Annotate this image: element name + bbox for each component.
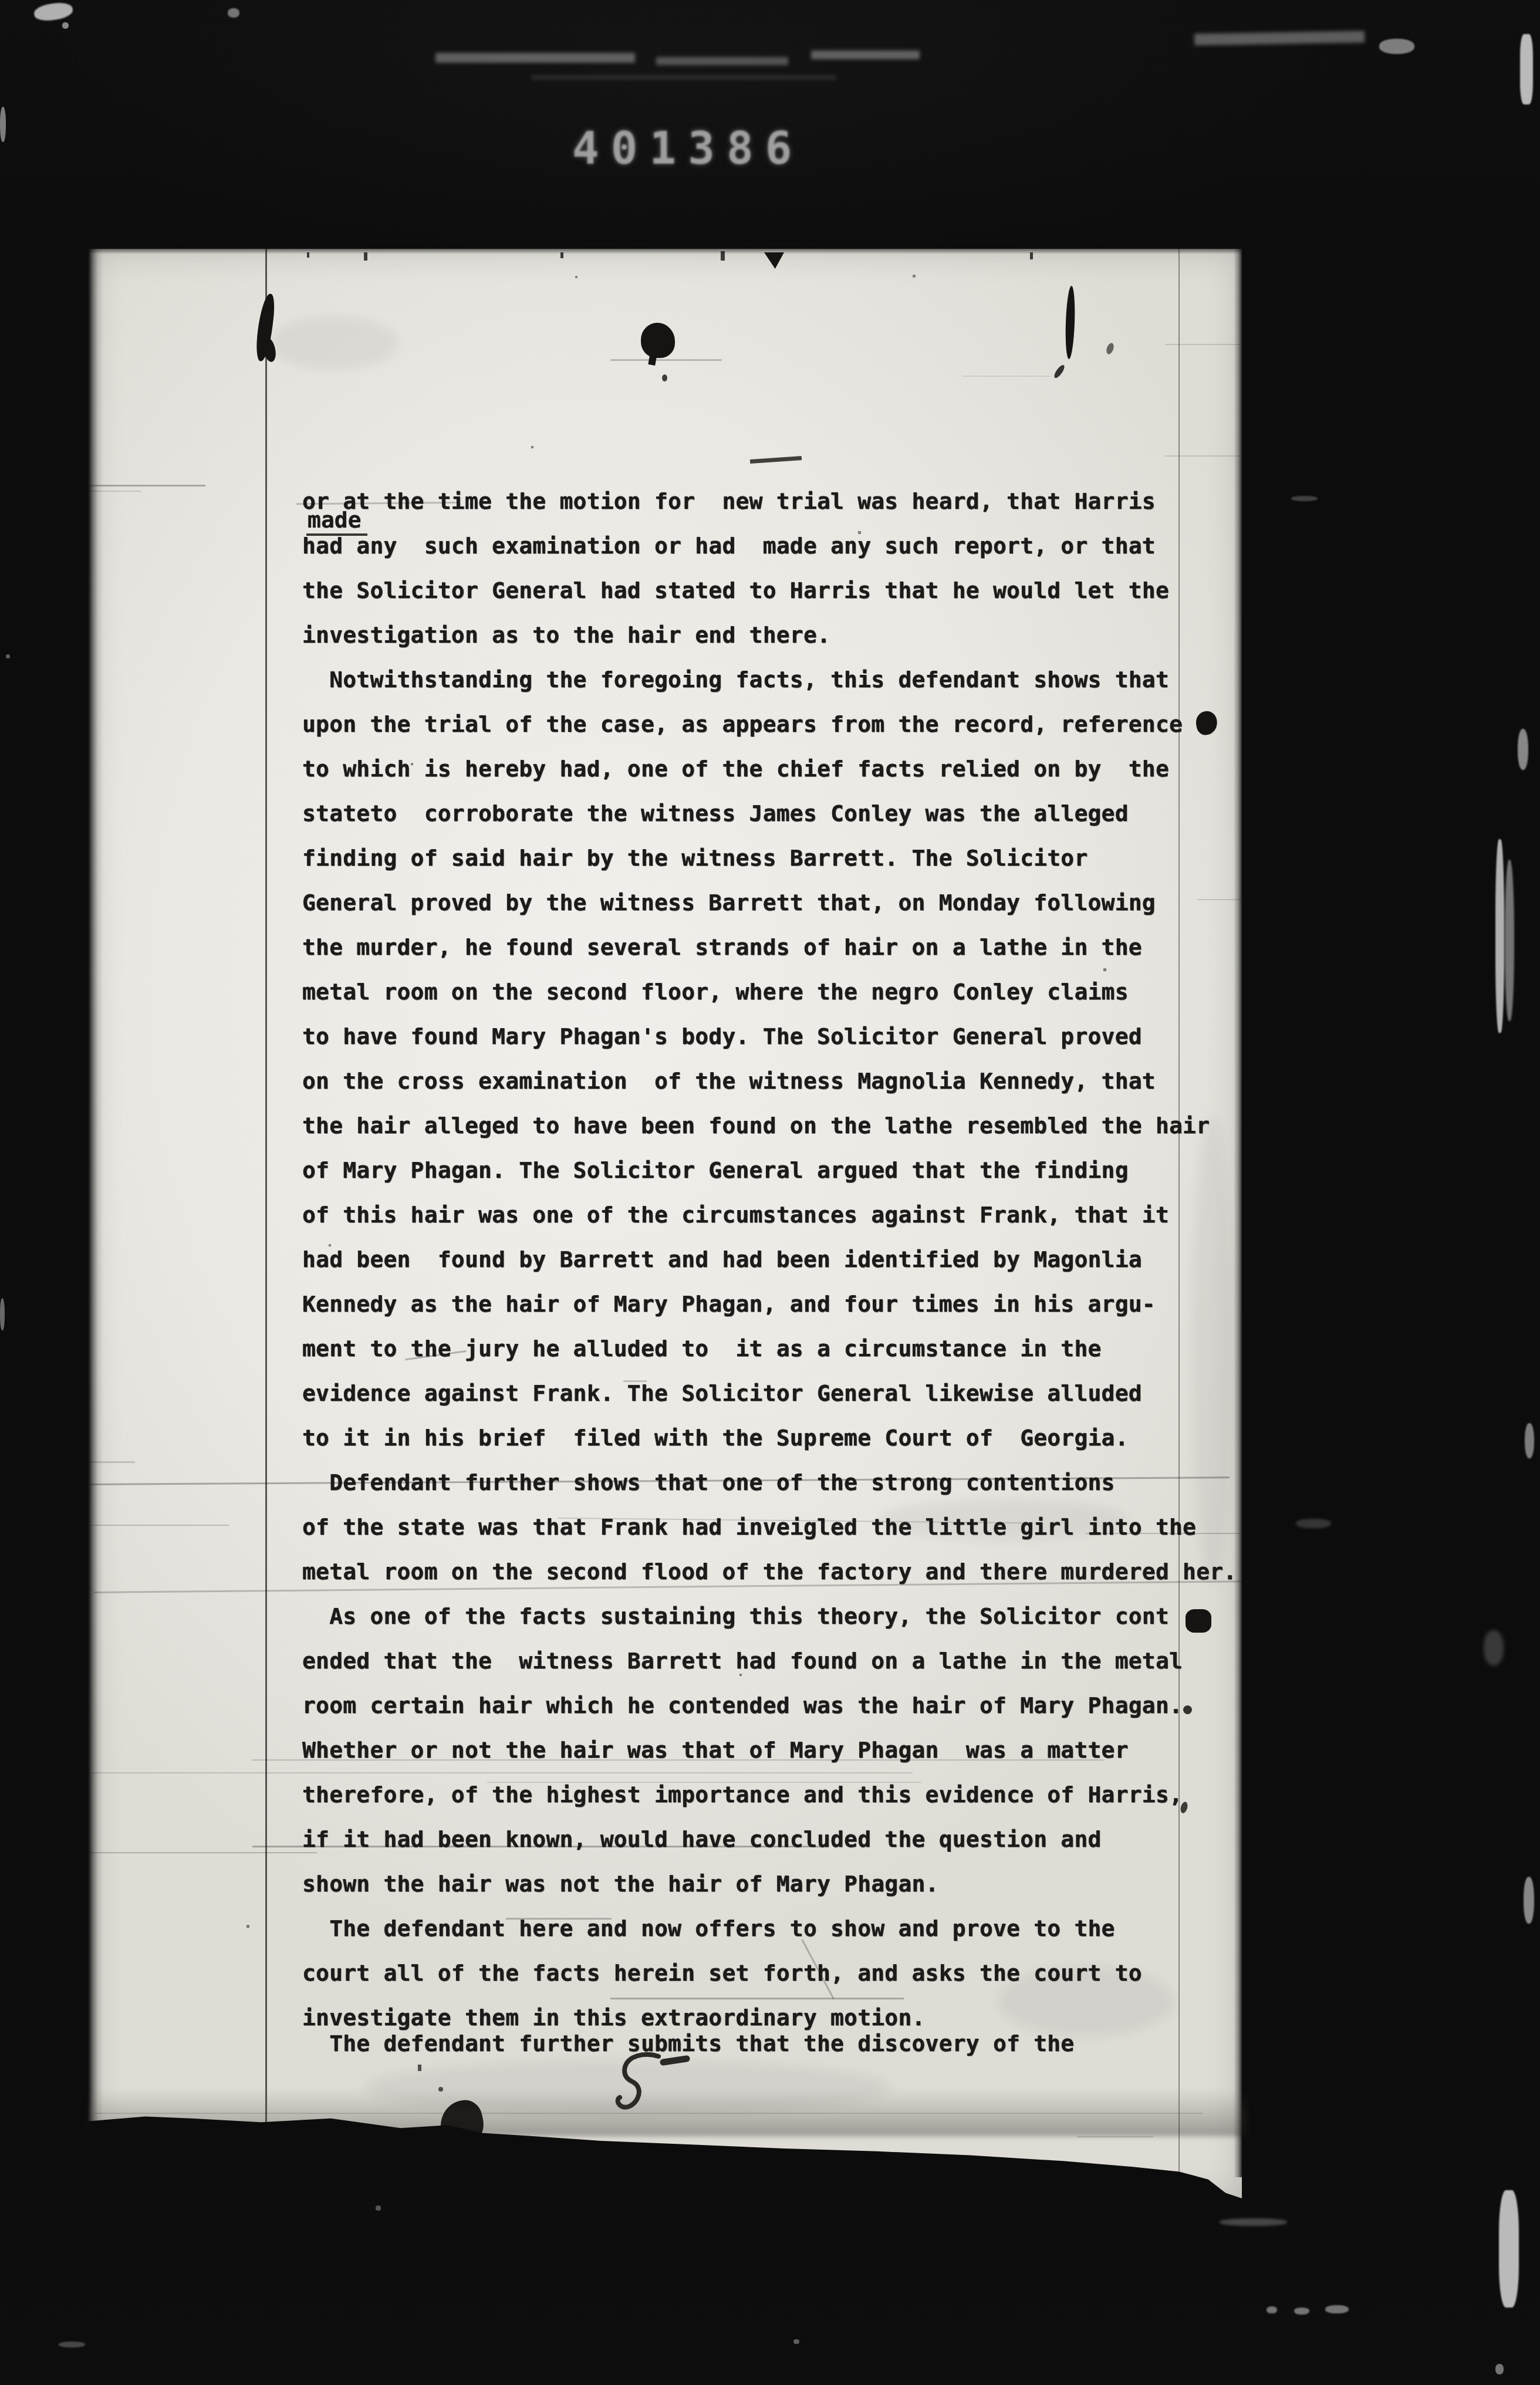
typed-line: The defendant further submits that the d… [302,2021,1237,2066]
film-fleck [59,2342,85,2347]
typed-line: metal room on the second flood of the fa… [302,1549,1237,1594]
typed-line: Whether or not the hair was that of Mary… [302,1728,1237,1772]
film-fleck [1267,2306,1277,2313]
typed-line: the Solicitor General had stated to Harr… [302,568,1237,613]
scratch-line [487,1782,921,1783]
typed-line: to which is hereby had, one of the chief… [302,746,1237,791]
scratch-line [88,1525,229,1526]
scratch-line [252,1759,1103,1761]
typed-line: stateto corroborate the witness James Co… [302,791,1237,836]
typed-line: investigation as to the hair end there. [302,613,1237,657]
page-edge-notch [1030,252,1033,259]
film-fleck [1220,2218,1287,2226]
film-scratch [1520,34,1533,104]
typed-line: on the cross examination of the witness … [302,1059,1237,1103]
typed-line: of the state was that Frank had inveigle… [302,1505,1237,1549]
typed-line: upon the trial of the case, as appears f… [302,702,1237,746]
page-edge-notch [364,252,367,261]
scratch-line [88,491,141,492]
typed-line: Notwithstanding the foregoing facts, thi… [302,657,1237,702]
film-glare-streak [656,57,788,65]
film-fleck [1379,39,1414,54]
ink-speck [739,1674,742,1676]
ink-blob-cont [1186,1609,1211,1633]
microfilm-frame: { "film": { "frame_counter": "401386" },… [0,0,1540,2385]
pencil-mark [506,1918,612,1920]
film-fleck [0,1298,5,1330]
typed-line: if it had been known, would have conclud… [302,1817,1237,1862]
film-glare-streak [811,50,920,59]
typed-line: Kennedy as the hair of Mary Phagan, and … [302,1282,1237,1326]
page-edge-notch [560,252,563,258]
ink-speck [531,446,533,448]
typed-lines: or at the time the motion for new trial … [302,479,1237,2066]
scratch-line [1165,344,1268,345]
scratch-line [1165,455,1265,457]
typed-line: or at the time the motion for new trial … [302,479,1237,523]
ink-speck [411,763,413,765]
pencil-mark [623,1380,647,1382]
ink-dot [418,2065,421,2071]
typed-line: had any such examination or had made any… [302,523,1237,568]
scratch-line [88,1461,135,1463]
left-margin-line [265,249,267,2150]
film-fleck [1495,2364,1504,2374]
film-fleck [6,654,10,658]
typed-line: of this hair was one of the circumstance… [302,1192,1237,1237]
page-edge-notch [307,252,309,258]
typed-line: ended that the witness Barrett had found… [302,1639,1237,1683]
film-scratch [1499,2190,1519,2308]
typed-line: the hair alleged to have been found on t… [302,1103,1237,1148]
ink-speck [1103,968,1106,971]
inserted-word-made: made [306,507,367,536]
scratch-line [1077,2136,1153,2137]
page-edge-notch [721,251,725,261]
film-scratch [1505,860,1514,1021]
film-fleck [0,107,6,142]
frame-counter: 401386 [572,122,877,178]
typed-line: to have found Mary Phagan's body. The So… [302,1014,1237,1059]
typed-line: had been found by Barrett and had been i… [302,1237,1237,1282]
film-scratch [1518,729,1528,770]
page-left-edge [88,249,103,2198]
scratch-line [85,485,205,487]
film-scratch [1495,839,1504,1033]
film-fleck [1296,1519,1331,1528]
film-fleck [1294,2308,1309,2315]
film-glare-streak [435,53,635,63]
typed-line: to it in his brief filed with the Suprem… [302,1416,1237,1460]
scratch-line [1086,1533,1268,1534]
typed-line: therefore, of the highest importance and… [302,1772,1237,1817]
ink-speck [329,1244,331,1246]
scratch-line [91,1772,913,1773]
scratch-line [1197,899,1268,900]
film-fleck [62,22,69,29]
scratch-line [610,1998,904,1999]
ink-speck [575,276,577,278]
film-fleck [1325,2305,1349,2313]
typed-line: court all of the facts herein set forth,… [302,1951,1237,1995]
ink-dot [1183,1705,1192,1714]
scratch-line [252,1846,828,1847]
page-top-edge [88,249,1242,254]
typed-line: As one of the facts sustaining this theo… [302,1594,1237,1639]
film-fleck [376,2205,381,2211]
film-fleck [228,8,239,18]
typed-line: of Mary Phagan. The Solicitor General ar… [302,1148,1237,1192]
ink-speck [913,275,916,278]
ink-blot-round [641,323,675,358]
ink-speck [246,1925,249,1928]
ink-speck [858,531,861,534]
typed-line: room certain hair which he contended was… [302,1683,1237,1728]
ink-dot [662,374,667,381]
paper-smudge [270,317,399,370]
typed-line: shown the hair was not the hair of Mary … [302,1862,1237,1906]
film-scratch [1524,1877,1534,1924]
film-scratch [1484,1630,1504,1666]
typed-line: The defendant here and now offers to sho… [302,1906,1237,1951]
scratch-line [88,1852,317,1853]
typed-line: metal room on the second floor, where th… [302,969,1237,1014]
typed-line: finding of said hair by the witness Barr… [302,836,1237,880]
film-scratch [1525,1423,1534,1458]
film-glare-streak [531,75,836,80]
typed-line: ment to the jury he alluded to it as a c… [302,1326,1237,1371]
film-fleck [1291,496,1318,501]
film-fleck [793,2339,799,2344]
scratch-line [962,376,1051,377]
typed-line: General proved by the witness Barrett th… [302,880,1237,925]
ink-speck [998,1837,1000,1839]
typed-line: evidence against Frank. The Solicitor Ge… [302,1371,1237,1416]
smear-line [610,359,722,361]
typed-line: the murder, he found several strands of … [302,925,1237,969]
